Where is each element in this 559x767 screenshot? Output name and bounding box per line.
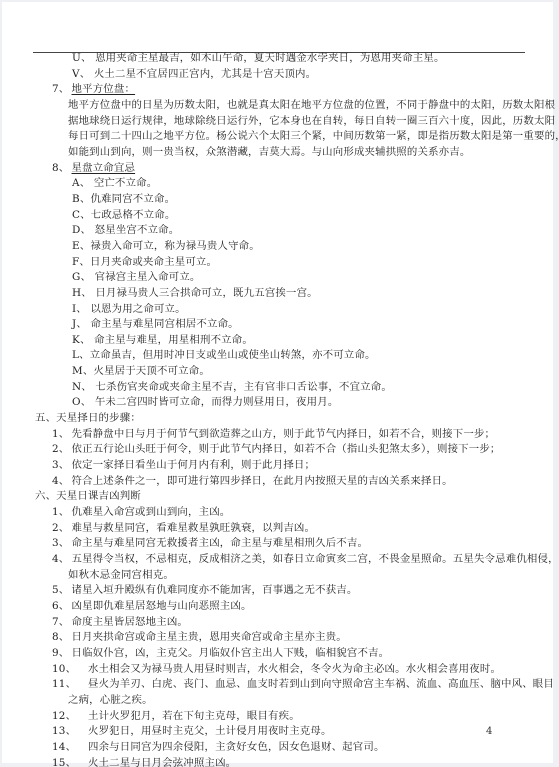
item-number: 6、: [52, 599, 68, 615]
section-heading-6: 六、天星日课吉凶判断: [2, 489, 553, 505]
item-number: 12、: [52, 709, 88, 725]
item-text: 午未二宫四时皆可立命，而得力则昼用日，夜用月。: [95, 396, 339, 408]
item-number: 2、: [52, 442, 68, 458]
item-number: 1、: [52, 505, 68, 521]
item-label: H、: [72, 286, 92, 302]
paragraph-line: 每日可到二十四山之地平方位。杨公说六个太阳三个紧，中间历数第一紧，即是指历数太阳…: [2, 129, 553, 145]
item-label: U、: [72, 51, 92, 67]
item-label: M、: [72, 364, 93, 380]
item-label: B、: [72, 192, 90, 208]
list-item: E、禄贵入命可立，称为禄马贵人守命。: [2, 239, 553, 255]
page-number: 4: [486, 726, 492, 737]
list-item: 13、火罗犯日，用昼时主克父，土计侵月用夜时主克母。: [2, 724, 553, 740]
item-number: 8、: [52, 630, 68, 646]
item-number: 11、: [52, 677, 88, 693]
list-item: O、 午未二宫四时皆可立命，而得力则昼用日，夜用月。: [2, 395, 553, 411]
item-text: 土计火罗犯月，若在下旬主克母，眼目有疾。: [88, 710, 300, 722]
item-label: G、: [72, 270, 91, 286]
list-item: 6、 凶星即仇难星居怒地与山向恶照主凶。: [2, 599, 553, 615]
item-label: A、: [72, 176, 90, 192]
list-item: L、立命虽吉，但用时冲日支或坐山或使坐山转煞，亦不可立命。: [2, 348, 553, 364]
list-item: 4、 五星得令当权，不忌相克，反成相济之美，如春日立命寅亥二宫，不畏金星照命。五…: [2, 552, 553, 568]
item-text: 火星居于天顶不可立命。: [93, 365, 210, 377]
item-text: 命主星与难星，用星相刑不立命。: [94, 334, 253, 346]
item-label: F、: [72, 255, 90, 271]
item-text: 先看静盘中日与月于何节气到欲造葬之山方，则于此节气内择日，如若不合，则接下一步；: [72, 428, 496, 440]
item-text: 难星与救星同宫，看难星救星孰旺孰衰，以判吉凶。: [72, 522, 316, 534]
paragraph-line: 如能到山到向，则一贵当权，众煞潜藏，吉莫大焉。与山向形成夹辅拱照的关系亦吉。: [2, 145, 553, 161]
list-item: M、火星居于天顶不可立命。: [2, 364, 553, 380]
item-text: 怒星坐宫不立命。: [95, 224, 180, 236]
list-item-V: V、 火土二星不宜居四正宫内，尤其是十宫天顶内。: [2, 67, 553, 83]
page-content: U、 恩用夹命主星最吉，如木山午命，夏天时遇金水孛夹日，为恩用夹命主星。 V、 …: [2, 51, 553, 767]
item-number: 7、: [52, 615, 68, 631]
item-number: 8、: [52, 161, 68, 177]
item-text: 空亡不立命。: [94, 177, 158, 189]
list-item-continuation: 之病，心脏之疾。: [2, 693, 553, 709]
item-number: 4、: [52, 552, 68, 568]
item-number: 9、: [52, 646, 68, 662]
item-number: 7、: [52, 82, 68, 98]
list-item: J、 命主星与难星同宫相居不立命。: [2, 317, 553, 333]
item-text: 立命虽吉，但用时冲日支或坐山或使坐山转煞，亦不可立命。: [90, 349, 376, 361]
section-heading-5: 五、天星择日的步骤：: [2, 411, 553, 427]
item-text: 禄贵入命可立，称为禄马贵人守命。: [90, 240, 259, 252]
item-text: 日月禄马贵人三合拱命可立，既九五宫挨一宫。: [95, 287, 317, 299]
list-item: 11、昼火为羊刃、白虎、丧门、血忌、血支时若到山到向守照命宫主车祸、流血、高血压…: [2, 677, 553, 693]
item-title: 地平方位盘：: [72, 83, 136, 95]
list-item: C、七政忌格不立命。: [2, 208, 553, 224]
list-item: 3、 依定一家择日看坐山于何月内有利，则于此月择日；: [2, 458, 553, 474]
list-item: F、日月夹命或夹命主星可立。: [2, 255, 553, 271]
list-item: H、 日月禄马贵人三合拱命可立，既九五宫挨一宫。: [2, 286, 553, 302]
list-item: 10、水土相会又为禄马贵人用昼时则吉，水火相会，冬令火为命主必凶。水火相会喜用夜…: [2, 662, 553, 678]
item-text: 符合上述条件之一，即可进行第四步择日，在此月内按照天星的吉凶关系来择日。: [72, 475, 453, 487]
list-item: 1、 先看静盘中日与月于何节气到欲造葬之山方，则于此节气内择日，如若不合，则接下…: [2, 427, 553, 443]
item-text: 恩用夹命主星最吉，如木山午命，夏天时遇金水孛夹日，为恩用夹命主星。: [95, 52, 445, 64]
list-item: 8、 日月夹拱命宫或命主星主贵，恩用夹命宫或命主星亦主贵。: [2, 630, 553, 646]
item-text: 火土二星不宜居四正宫内，尤其是十宫天顶内。: [94, 68, 316, 80]
list-item: D、 怒星坐宫不立命。: [2, 223, 553, 239]
item-label: I、: [72, 302, 87, 318]
item-text: 凶星即仇难星居怒地与山向恶照主凶。: [72, 600, 252, 612]
list-item: 7、 命度主星皆居怒地主凶。: [2, 615, 553, 631]
item-text: 日月夹拱命宫或命主星主贵，恩用夹命宫或命主星亦主贵。: [72, 631, 347, 643]
list-item: I、 以恩为用之命可立。: [2, 302, 553, 318]
item-text: 命主星与难星同宫无救援者主凶，命主星与难星相刑久后不吉。: [72, 537, 369, 549]
item-text: 火罗犯日，用昼时主克父，土计侵月用夜时主克母。: [88, 725, 332, 737]
list-item: K、 命主星与难星，用星相刑不立命。: [2, 333, 553, 349]
item-text: 依定一家择日看坐山于何月内有利，则于此月择日；: [72, 459, 316, 471]
document-page: U、 恩用夹命主星最吉，如木山午命，夏天时遇金水孛夹日，为恩用夹命主星。 V、 …: [2, 2, 553, 763]
item-number: 3、: [52, 458, 68, 474]
item-number: 4、: [52, 474, 68, 490]
paragraph-line: 据地球绕日运行规律，地球除绕日运行外，它本身也在自转，每日自转一圈三百六十度，因…: [2, 114, 553, 130]
item-label: V、: [72, 67, 90, 83]
list-item: 9、 日临奴仆宫，凶，主克父。月临奴仆宫主出人下贱，临相貌宫不吉。: [2, 646, 553, 662]
item-text: 诸星入垣升殿纵有仇难同度亦不能加害，百事遇之无不获吉。: [72, 584, 358, 596]
item-text: 以恩为用之命可立。: [90, 303, 185, 315]
item-text: 命度主星皆居怒地主凶。: [72, 616, 189, 628]
item-text: 命主星与难星同宫相居不立命。: [90, 318, 238, 330]
item-label: N、: [72, 380, 92, 396]
item-label: O、: [72, 395, 91, 411]
list-item-U: U、 恩用夹命主星最吉，如木山午命，夏天时遇金水孛夹日，为恩用夹命主星。: [2, 51, 553, 67]
item-number: 13、: [52, 724, 88, 740]
item-text: 仇难同宫不立命。: [90, 193, 175, 205]
item-text: 依正五行论山头旺于何令，则于此节气内择日，如若不合（指山头犯煞太多），则接下一步…: [72, 443, 501, 455]
heading-item-8: 8、 星盘立命宜忌: [2, 161, 553, 177]
paragraph-line: 地平方位盘中的日星为历数太阳，也就是真太阳在地平方位盘的位置，不同于静盘中的太阳…: [2, 98, 553, 114]
heading-item-7: 7、 地平方位盘：: [2, 82, 553, 98]
list-item: 12、土计火罗犯月，若在下旬主克母，眼目有疾。: [2, 709, 553, 725]
list-item: 4、 符合上述条件之一，即可进行第四步择日，在此月内按照天星的吉凶关系来择日。: [2, 474, 553, 490]
item-number: 2、: [52, 521, 68, 537]
item-label: L、: [72, 348, 90, 364]
item-text: 火土二星与日月会弦冲照主凶。: [88, 757, 236, 767]
item-number: 10、: [52, 662, 88, 678]
list-item: 2、 依正五行论山头旺于何令，则于此节气内择日，如若不合（指山头犯煞太多），则接…: [2, 442, 553, 458]
list-item: 3、 命主星与难星同宫无救援者主凶，命主星与难星相刑久后不吉。: [2, 536, 553, 552]
item-text: 官禄宫主星入命可立。: [95, 271, 201, 283]
list-item-continuation: 如秋木忌金同宫相克。: [2, 568, 553, 584]
list-item: A、 空亡不立命。: [2, 176, 553, 192]
list-item: 5、 诸星入垣升殿纵有仇难同度亦不能加害，百事遇之无不获吉。: [2, 583, 553, 599]
list-item: N、 七杀伤官夹命或夹命主星不吉，主有官非口舌讼事，不宜立命。: [2, 380, 553, 396]
item-text: 日临奴仆宫，凶，主克父。月临奴仆宫主出人下贱，临相貌宫不吉。: [72, 647, 390, 659]
item-number: 5、: [52, 583, 68, 599]
item-label: C、: [72, 208, 91, 224]
item-number: 14、: [52, 740, 88, 756]
item-number: 1、: [52, 427, 68, 443]
list-item: 2、 难星与救星同宫，看难星救星孰旺孰衰，以判吉凶。: [2, 521, 553, 537]
item-text: 昼火为羊刃、白虎、丧门、血忌、血支时若到山到向守照命宫主车祸、流血、高血压、脑中…: [88, 678, 554, 690]
item-text: 水土相会又为禄马贵人用昼时则吉，水火相会，冬令火为命主必凶。水火相会喜用夜时。: [88, 663, 501, 675]
item-label: E、: [72, 239, 90, 255]
list-item: 15、火土二星与日月会弦冲照主凶。: [2, 756, 553, 767]
list-item: 1、 仇难星入命宫或到山到向，主凶。: [2, 505, 553, 521]
item-text: 仇难星入命宫或到山到向，主凶。: [72, 506, 231, 518]
item-text: 七杀伤官夹命或夹命主星不吉，主有官非口舌讼事，不宜立命。: [95, 381, 392, 393]
item-label: J、: [72, 317, 87, 333]
item-label: D、: [72, 223, 91, 239]
item-text: 四余与日同宫为四余侵阳，主贪好女色，因女色退财、起官司。: [88, 741, 385, 753]
item-title: 星盘立命宜忌: [72, 162, 136, 174]
item-label: K、: [72, 333, 91, 349]
item-text: 七政忌格不立命。: [91, 209, 176, 221]
list-item: G、 官禄宫主星入命可立。: [2, 270, 553, 286]
list-item: 14、四余与日同宫为四余侵阳，主贪好女色，因女色退财、起官司。: [2, 740, 553, 756]
item-number: 3、: [52, 536, 68, 552]
list-item: B、仇难同宫不立命。: [2, 192, 553, 208]
item-number: 15、: [52, 756, 88, 767]
item-text: 五星得令当权，不忌相克，反成相济之美，如春日立命寅亥二宫，不畏金星照命。五星失令…: [72, 553, 559, 565]
item-text: 日月夹命或夹命主星可立。: [90, 256, 217, 268]
